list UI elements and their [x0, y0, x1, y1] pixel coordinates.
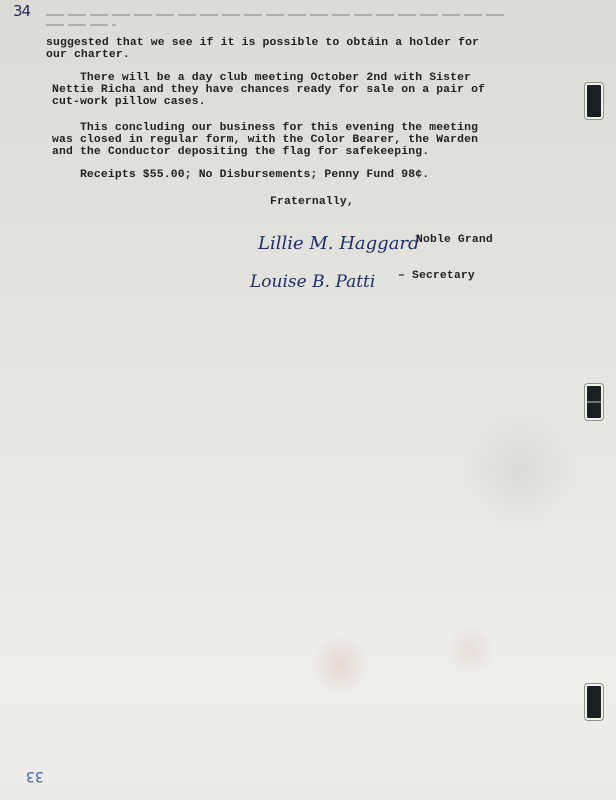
binder-hole-top [585, 83, 603, 119]
signature-secretary: Louise B. Patti [250, 272, 375, 292]
document-page: 34 suggested that we see if it is possib… [0, 0, 616, 800]
paragraph-line: There will be a day club meeting October… [52, 72, 471, 84]
faded-bleedthrough-line [46, 24, 116, 26]
paragraph-line: our charter. [46, 49, 130, 61]
paragraph-line: and the Conductor depositing the flag fo… [52, 146, 429, 158]
receipts-line: Receipts $55.00; No Disbursements; Penny… [52, 169, 429, 181]
signature-title-secretary: – Secretary [398, 270, 475, 282]
signature-noble-grand: Lillie M. Haggard [258, 233, 420, 254]
closing-salutation: Fraternally, [270, 196, 354, 208]
faded-bleedthrough-line [46, 14, 506, 16]
paragraph-line: cut-work pillow cases. [52, 96, 206, 108]
page-number-bottom: 33 [26, 768, 44, 784]
binder-hole-middle [585, 384, 603, 420]
signature-title-noble-grand: Noble Grand [416, 234, 493, 246]
paragraph-line: was closed in regular form, with the Col… [52, 134, 478, 146]
paragraph-line: This concluding our business for this ev… [52, 122, 478, 134]
binder-hole-bottom [585, 684, 603, 720]
page-number-top: 34 [13, 2, 30, 20]
paragraph-line: Nettie Richa and they have chances ready… [52, 84, 485, 96]
paragraph-line: suggested that we see if it is possible … [46, 37, 479, 49]
